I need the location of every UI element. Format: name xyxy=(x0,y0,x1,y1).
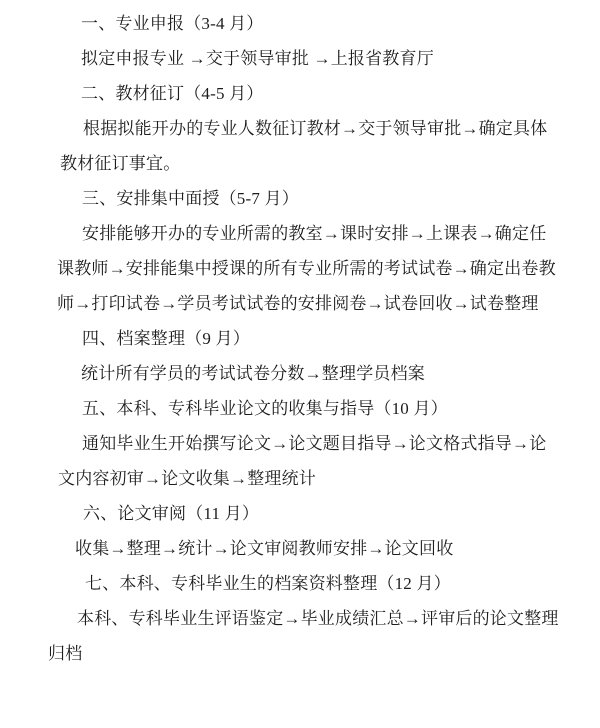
document-body: 一、专业申报（3-4 月）拟定申报专业 →交于领导审批 →上报省教育厅二、教材征… xyxy=(0,6,600,671)
document-line: 归档 xyxy=(0,636,600,671)
document-line: 文内容初审→论文收集→整理统计 xyxy=(0,461,600,496)
document-line: 师→打印试卷→学员考试试卷的安排阅卷→试卷回收→试卷整理 xyxy=(0,286,600,321)
document-line: 四、档案整理（9 月） xyxy=(0,321,600,356)
document-line: 统计所有学员的考试试卷分数→整理学员档案 xyxy=(0,356,600,391)
document-line: 五、本科、专科毕业论文的收集与指导（10 月） xyxy=(0,391,600,426)
document-line: 本科、专科毕业生评语鉴定→毕业成绩汇总→评审后的论文整理 xyxy=(0,601,600,636)
document-line: 收集→整理→统计→论文审阅教师安排→论文回收 xyxy=(0,531,600,566)
document-page: 一、专业申报（3-4 月）拟定申报专业 →交于领导审批 →上报省教育厅二、教材征… xyxy=(0,0,600,728)
document-line: 通知毕业生开始撰写论文→论文题目指导→论文格式指导→论 xyxy=(0,426,600,461)
document-line: 二、教材征订（4-5 月） xyxy=(0,76,600,111)
document-line: 课教师→安排能集中授课的所有专业所需的考试试卷→确定出卷教 xyxy=(0,251,600,286)
document-line: 一、专业申报（3-4 月） xyxy=(0,6,600,41)
document-line: 教材征订事宜。 xyxy=(0,146,600,181)
document-line: 安排能够开办的专业所需的教室→课时安排→上课表→确定任 xyxy=(0,216,600,251)
document-line: 六、论文审阅（11 月） xyxy=(0,496,600,531)
document-line: 拟定申报专业 →交于领导审批 →上报省教育厅 xyxy=(0,41,600,76)
document-line: 根据拟能开办的专业人数征订教材→交于领导审批→确定具体 xyxy=(0,111,600,146)
document-line: 七、本科、专科毕业生的档案资料整理（12 月） xyxy=(0,566,600,601)
document-line: 三、安排集中面授（5-7 月） xyxy=(0,181,600,216)
